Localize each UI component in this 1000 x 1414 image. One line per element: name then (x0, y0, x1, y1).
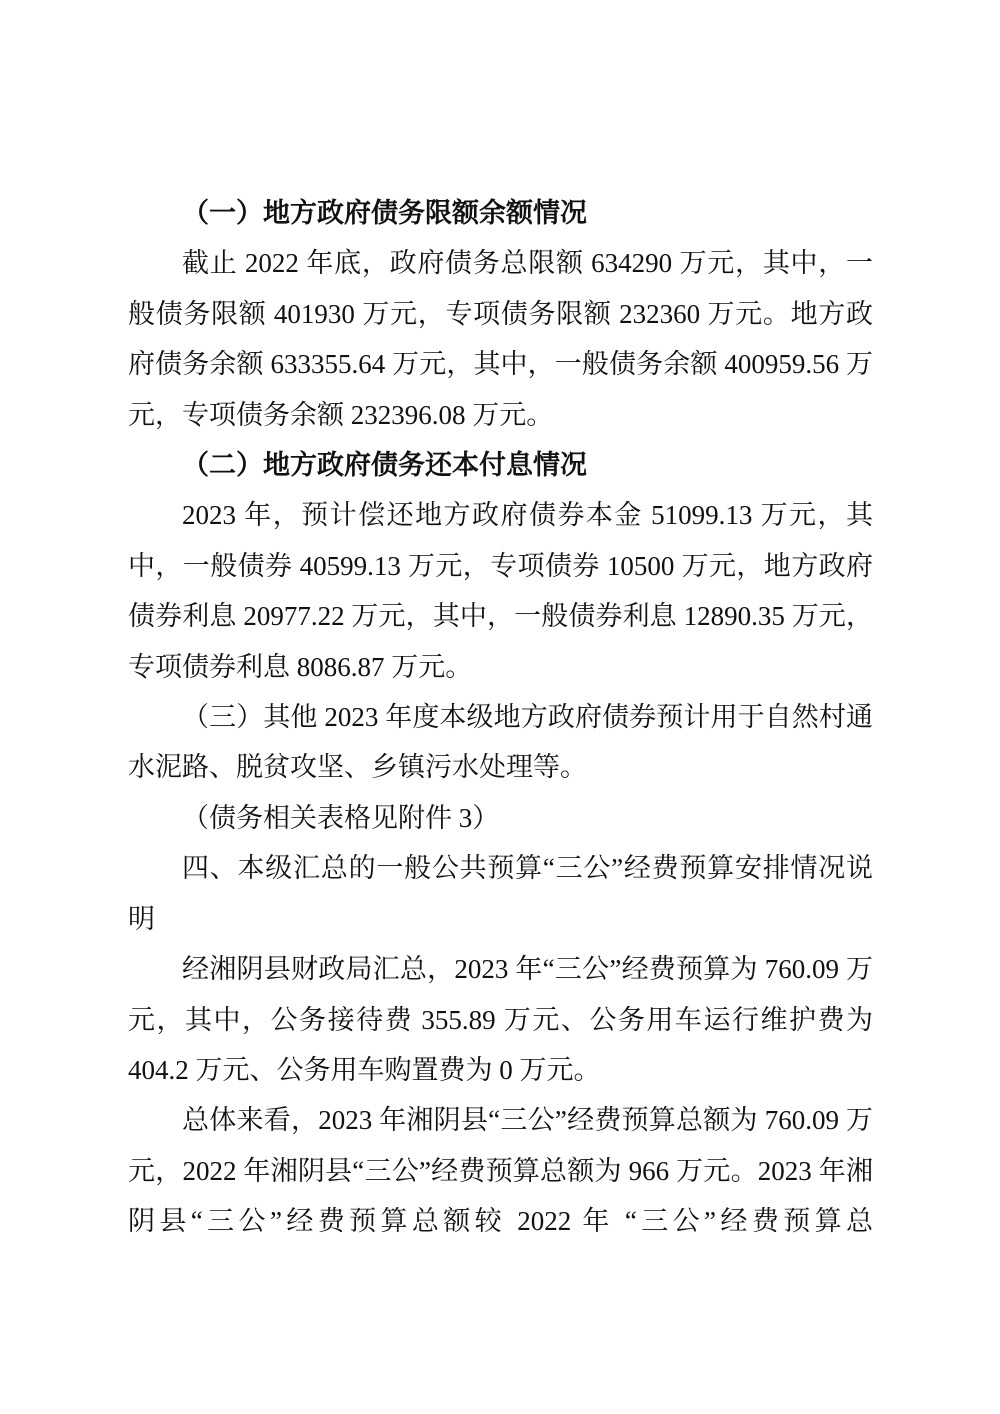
para-attachment-note: （债务相关表格见附件 3） (128, 793, 873, 843)
para-section-four-title: 四、本级汇总的一般公共预算“三公”经费预算安排情况说明 (128, 843, 873, 944)
heading-debt-limit-balance: （一）地方政府债务限额余额情况 (128, 188, 873, 238)
heading-debt-repayment: （二）地方政府债务还本付息情况 (128, 440, 873, 490)
para-debt-repayment: 2023 年，预计偿还地方政府债券本金 51099.13 万元，其中，一般债券 … (128, 490, 873, 692)
para-debt-limit-balance: 截止 2022 年底，政府债务总限额 634290 万元，其中，一般债务限额 4… (128, 238, 873, 440)
document-page: （一）地方政府债务限额余额情况 截止 2022 年底，政府债务总限额 63429… (0, 0, 1000, 1414)
para-sangong-budget-summary: 经湘阴县财政局汇总，2023 年“三公”经费预算为 760.09 万元，其中，公… (128, 944, 873, 1095)
para-sangong-budget-comparison: 总体来看，2023 年湘阴县“三公”经费预算总额为 760.09 万元，2022… (128, 1095, 873, 1246)
para-other-bond-usage: （三）其他 2023 年度本级地方政府债券预计用于自然村通水泥路、脱贫攻坚、乡镇… (128, 692, 873, 793)
